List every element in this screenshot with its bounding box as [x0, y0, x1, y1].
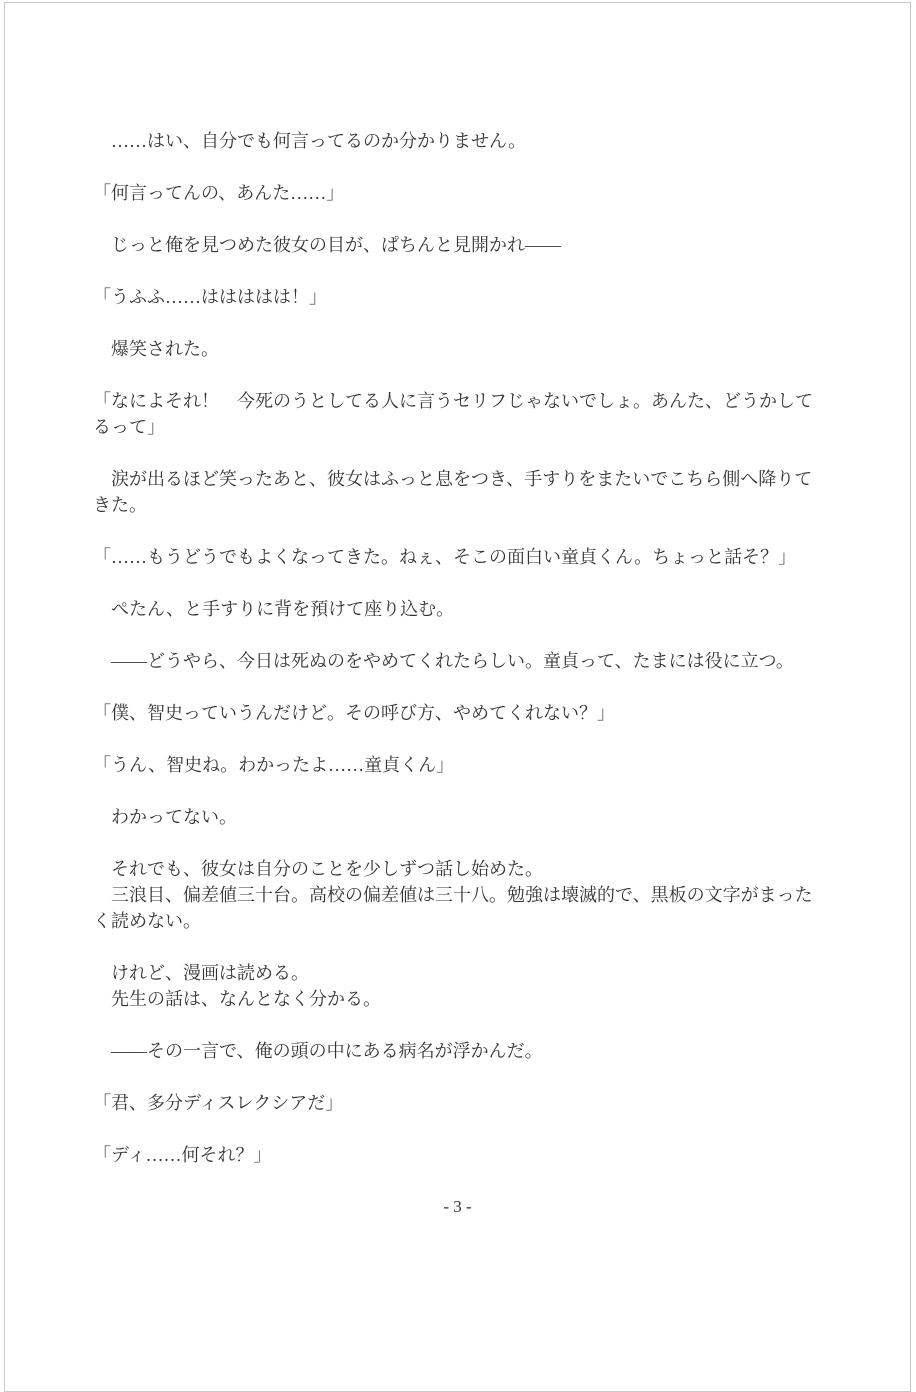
paragraph: ――その一言で、俺の頭の中にある病名が浮かんだ。 [93, 1038, 795, 1064]
text-line: 涙が出るほど笑ったあと、彼女はふっと息をつき、手すりをまたいでこちら側へ降りて [93, 466, 795, 492]
paragraph: わかってない。 [93, 804, 795, 830]
text-line: 「僕、智史っていうんだけど。その呼び方、やめてくれない？」 [93, 700, 795, 726]
paragraph: ――どうやら、今日は死ぬのをやめてくれたらしい。童貞って、たまには役に立つ。 [93, 648, 795, 674]
text-line: きた。 [93, 492, 795, 518]
paragraph: 「何言ってんの、あんた……」 [93, 180, 795, 206]
document-page: ……はい、自分でも何言ってるのか分かりません。 「何言ってんの、あんた……」 じ… [4, 2, 911, 1288]
text-line: 三浪目、偏差値三十台。高校の偏差値は三十八。勉強は壊滅的で、黒板の文字がまった [93, 882, 795, 908]
text-line: 「何言ってんの、あんた……」 [93, 180, 795, 206]
paragraph: じっと俺を見つめた彼女の目が、ぱちんと見開かれ―― [93, 232, 795, 258]
text-line: ――その一言で、俺の頭の中にある病名が浮かんだ。 [93, 1038, 795, 1064]
paragraph: 「……もうどうでもよくなってきた。ねぇ、そこの面白い童貞くん。ちょっと話そ？」 [93, 544, 795, 570]
text-line: 「ディ……何それ？」 [93, 1142, 795, 1168]
paragraph: 涙が出るほど笑ったあと、彼女はふっと息をつき、手すりをまたいでこちら側へ降りて … [93, 466, 795, 518]
page-number: - 3 - [5, 1194, 910, 1220]
paragraph: 「ディ……何それ？」 [93, 1142, 795, 1168]
text-line: けれど、漫画は読める。 [93, 960, 795, 986]
text-line: 「……もうどうでもよくなってきた。ねぇ、そこの面白い童貞くん。ちょっと話そ？」 [93, 544, 795, 570]
text-line: ――どうやら、今日は死ぬのをやめてくれたらしい。童貞って、たまには役に立つ。 [93, 648, 795, 674]
text-line: ……はい、自分でも何言ってるのか分かりません。 [93, 128, 795, 154]
text-line: それでも、彼女は自分のことを少しずつ話し始めた。 [93, 856, 795, 882]
paragraph: 「うふふ……ははははは！」 [93, 284, 795, 310]
paragraph: ぺたん、と手すりに背を預けて座り込む。 [93, 596, 795, 622]
text-line: 爆笑された。 [93, 336, 795, 362]
page-body-text: ……はい、自分でも何言ってるのか分かりません。 「何言ってんの、あんた……」 じ… [5, 3, 795, 1220]
paragraph: けれど、漫画は読める。 先生の話は、なんとなく分かる。 [93, 960, 795, 1012]
paragraph: ……はい、自分でも何言ってるのか分かりません。 [93, 128, 795, 154]
text-line: 「うん、智史ね。わかったよ……童貞くん」 [93, 752, 795, 778]
text-line: じっと俺を見つめた彼女の目が、ぱちんと見開かれ―― [93, 232, 795, 258]
text-line: ぺたん、と手すりに背を預けて座り込む。 [93, 596, 795, 622]
text-line: 「うふふ……ははははは！」 [93, 284, 795, 310]
text-line: 先生の話は、なんとなく分かる。 [93, 986, 795, 1012]
paragraph: 「なによそれ！ 今死のうとしてる人に言うセリフじゃないでしょ。あんた、どうかして… [93, 388, 795, 440]
paragraph: 「うん、智史ね。わかったよ……童貞くん」 [93, 752, 795, 778]
text-line: わかってない。 [93, 804, 795, 830]
text-line: 「なによそれ！ 今死のうとしてる人に言うセリフじゃないでしょ。あんた、どうかして [93, 388, 795, 414]
paragraph: 「僕、智史っていうんだけど。その呼び方、やめてくれない？」 [93, 700, 795, 726]
text-line: るって」 [93, 414, 795, 440]
text-line: 「君、多分ディスレクシアだ」 [93, 1090, 795, 1116]
text-line: く読めない。 [93, 908, 795, 934]
paragraph: 爆笑された。 [93, 336, 795, 362]
paragraph: それでも、彼女は自分のことを少しずつ話し始めた。 三浪目、偏差値三十台。高校の偏… [93, 856, 795, 934]
paragraph: 「君、多分ディスレクシアだ」 [93, 1090, 795, 1116]
